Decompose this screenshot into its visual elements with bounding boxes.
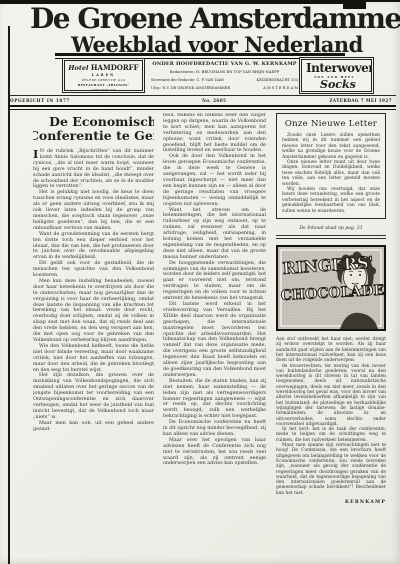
interwoven-ad-inner: Interwoven TOE AND HEEL Socks xyxy=(301,59,372,92)
column-double-rule xyxy=(276,235,386,239)
newspaper-subtitle: Weekblad voor Nederland xyxy=(30,34,400,55)
article-column-1: De Economische Conferentie te Genève IN … xyxy=(33,113,154,485)
author-signature: KERNKAMP xyxy=(276,500,386,505)
newspaper-front-page: De Groene Amsterdammer Weekblad voor Ned… xyxy=(0,0,400,564)
editors-line: Redacteuren: H. BRUGMANS EN TOP VAN RHIJ… xyxy=(151,70,298,74)
info-row-rule xyxy=(8,95,396,96)
editor-in-chief-line: ONDER HOOFDREDACTIE VAN G. W. KERNKAMP xyxy=(151,61,298,67)
hotel-ad-inner: Hotel HAMDORFF LAREN ZELFDE DIRECTIE ALS… xyxy=(64,60,143,91)
interwoven-product: Socks xyxy=(320,79,367,90)
article-column-3-text: Aan stof ontbreekt het haar niet; eerder… xyxy=(276,337,386,505)
newspaper-title: De Groene Amsterdammer xyxy=(30,5,400,33)
publisher-name: Uitg.: N.V. DE GROENE AMSTERDAMMER xyxy=(151,86,230,90)
article-headline: De Economische Conferentie te Genève xyxy=(33,115,154,143)
article-paragraph: Wie den Volkenbond liefheeft, toone die … xyxy=(33,344,154,374)
contents-page-note: De Inhoud staat op pag. 31 xyxy=(276,226,386,231)
interwoven-socks-ad: Interwoven TOE AND HEEL Socks xyxy=(299,57,374,94)
article-paragraph: Dit laatste werd erkend in het vredesver… xyxy=(163,302,266,379)
article-paragraph: Men kan deze instelling benadeelen, zoow… xyxy=(33,279,154,344)
article-paragraph: IN de rubriek „Bijschriften” van dit num… xyxy=(33,149,154,190)
masthead: De Groene Amsterdammer Weekblad voor Ned… xyxy=(30,5,400,55)
hotel-ad-line5: AMSTERDAM xyxy=(65,88,142,91)
article-paragraph: Want de grondstemming van de eersten ber… xyxy=(33,232,154,262)
notice-paragraph: Zooals onze Lezers zullen opmerken hebbe… xyxy=(282,133,380,160)
article-paragraph: In het kort: het is de taak der conferen… xyxy=(276,427,386,443)
notice-paragraph: Onze nieuwe letter munt uit door twee di… xyxy=(282,160,380,187)
article-paragraph: Het zijn dezulken, die gruwen over de mi… xyxy=(33,373,154,420)
address-line: KEIZERSGRACHT 333 xyxy=(257,78,298,82)
article-paragraph: Dit geldt ook voor de gezindheid, die de… xyxy=(33,261,154,279)
ringers-chocolade-ad: RINGERS' CHOCOLADE xyxy=(276,245,386,331)
article-column-3: Onze Nieuwe Letter Zooals onze Lezers zu… xyxy=(276,113,386,505)
article-paragraph: Maar over het opvolgen van haar adviezen… xyxy=(163,438,266,468)
hotel-ad-name: Hotel HAMDORFF xyxy=(65,63,142,72)
publisher-line: Uitg.: N.V. DE GROENE AMSTERDAMMER A M S… xyxy=(151,86,298,90)
article-paragraph: De hooggestemde verwachtingen, die sommi… xyxy=(163,261,266,302)
secretary-name: Secretaris der Redactie: C. P. VAN DAM xyxy=(151,78,224,82)
hotel-ad-line4: RESTAURANT „TRIANON” xyxy=(65,83,142,87)
article-paragraph: heid, telkens en telkens weer den vinger… xyxy=(163,113,266,154)
headline-line1: De Economische xyxy=(33,115,154,129)
article-paragraph: de invoerrechten, ter wering van den inv… xyxy=(276,364,386,428)
notice-paragraph: Wij houden ons overtuigd, dat onze lezer… xyxy=(282,187,380,214)
issue-number: No. 2605 xyxy=(202,98,226,103)
article-paragraph: Maar men kan ook, uit een geheel andere … xyxy=(33,421,154,433)
article-paragraph: Besluiten, die de staten binden, kan zij… xyxy=(163,379,266,420)
drop-cap: I xyxy=(33,149,40,160)
article-paragraph: Het is gelukkig niet noodig, de keus te … xyxy=(33,190,154,231)
hotel-ad-name-prefix: Hotel xyxy=(68,64,88,72)
article-column-2: heid, telkens en telkens weer den vinger… xyxy=(163,113,266,490)
header-double-rule xyxy=(8,105,396,110)
hotel-hamdorff-ad: Hotel HAMDORFF LAREN ZELFDE DIRECTIE ALS… xyxy=(62,58,145,93)
paragraph-text: N de rubriek „Bijschriften” van dit numm… xyxy=(33,149,154,189)
article-paragraph: Ook de door den Volkenbond in het leven … xyxy=(163,154,266,207)
founded-label: OPGERICHT IN 1877 xyxy=(10,98,70,103)
article-paragraph: Maar men spanne zijn verwachtingen niet … xyxy=(276,443,386,496)
editorial-block: ONDER HOOFDREDACTIE VAN G. W. KERNKAMP R… xyxy=(151,61,298,90)
article-paragraph: Want het streven om de belemmeringen, di… xyxy=(163,208,266,261)
publication-date: ZATERDAG 7 MEI 1927 xyxy=(329,98,392,103)
hotel-ad-line3: ZELFDE DIRECTIE ALS xyxy=(65,78,142,82)
publisher-city: A M S T E R D A M xyxy=(263,86,298,90)
hotel-ad-city: LAREN xyxy=(65,73,142,77)
article-paragraph: De Economische conferentie nu heeft in d… xyxy=(163,420,266,438)
notice-title: Onze Nieuwe Letter xyxy=(282,119,380,129)
interwoven-brand: Interwoven xyxy=(306,62,367,74)
new-typeface-notice-box: Onze Nieuwe Letter Zooals onze Lezers zu… xyxy=(276,113,386,219)
hotel-ad-name-main: HAMDORFF xyxy=(91,63,139,72)
secretary-line: Secretaris der Redactie: C. P. VAN DAM K… xyxy=(151,78,298,82)
headline-line2: Conferentie te Genève xyxy=(33,129,154,143)
article-paragraph: Aan stof ontbreekt het haar niet; eerder… xyxy=(276,337,386,363)
